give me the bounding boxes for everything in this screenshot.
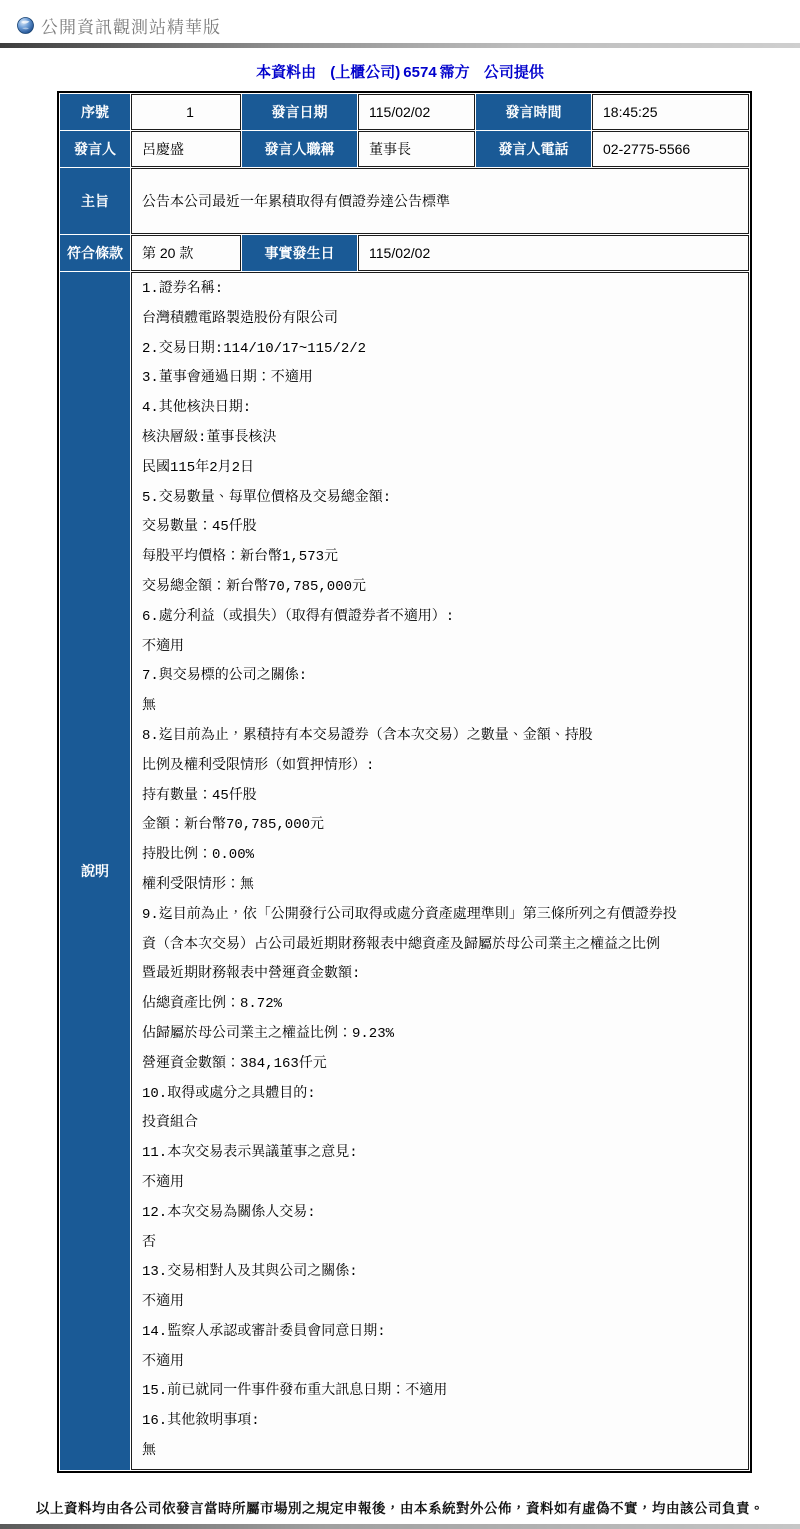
table-row: 主旨 公告本公司最近一年累積取得有價證券達公告標準	[60, 168, 749, 234]
globe-icon	[17, 17, 34, 34]
header-speaker-phone: 發言人電話	[476, 131, 591, 167]
header-announce-time: 發言時間	[476, 94, 591, 130]
header-clause: 符合條款	[60, 235, 130, 271]
description-line: 台灣積體電路製造股份有限公司	[142, 305, 746, 335]
value-clause: 第 20 款	[131, 235, 241, 271]
site-title: 公開資訊觀測站精華版	[41, 13, 221, 38]
header-fact-date: 事實發生日	[242, 235, 357, 271]
header-announce-date: 發言日期	[242, 94, 357, 130]
value-subject: 公告本公司最近一年累積取得有價證券達公告標準	[131, 168, 749, 234]
description-line: 不適用	[142, 633, 746, 663]
table-row: 符合條款 第 20 款 事實發生日 115/02/02	[60, 235, 749, 271]
header-sequence: 序號	[60, 94, 130, 130]
company-name: 霈方	[440, 64, 470, 81]
description-line: 10.取得或處分之具體目的:	[142, 1080, 746, 1110]
description-line: 13.交易相對人及其與公司之關係:	[142, 1258, 746, 1288]
description-line: 6.處分利益（或損失）（取得有價證券者不適用）:	[142, 603, 746, 633]
provider-suffix: 公司提供	[484, 64, 544, 81]
footer-disclaimer: 以上資料均由各公司依發言當時所屬市場別之規定申報後，由本系統對外公佈，資料如有虛…	[0, 1497, 800, 1517]
announcement-table: 序號 1 發言日期 115/02/02 發言時間 18:45:25 發言人 呂慶…	[57, 91, 752, 1473]
description-line: 7.與交易標的公司之關係:	[142, 662, 746, 692]
value-announce-date: 115/02/02	[358, 94, 475, 130]
provider-line: 本資料由 (上櫃公司)6574霈方 公司提供	[0, 48, 800, 79]
description-line: 佔歸屬於母公司業主之權益比例：9.23%	[142, 1020, 746, 1050]
description-line: 3.董事會通過日期：不適用	[142, 364, 746, 394]
site-header: 公開資訊觀測站精華版	[0, 0, 800, 43]
description-line: 否	[142, 1229, 746, 1259]
description-line: 4.其他核決日期:	[142, 394, 746, 424]
description-line: 核決層級:董事長核決	[142, 424, 746, 454]
description-content: 1.證券名稱:台灣積體電路製造股份有限公司2.交易日期:114/10/17~11…	[131, 272, 749, 1470]
description-line: 每股平均價格：新台幣1,573元	[142, 543, 746, 573]
description-line: 5.交易數量、每單位價格及交易總金額:	[142, 484, 746, 514]
market-type: (上櫃公司)	[330, 64, 400, 81]
description-line: 民國115年2月2日	[142, 454, 746, 484]
provider-prefix: 本資料由	[256, 64, 316, 81]
description-line: 無	[142, 1437, 746, 1467]
description-line: 金額：新台幣70,785,000元	[142, 811, 746, 841]
value-sequence: 1	[131, 94, 241, 130]
value-speaker-phone: 02-2775-5566	[592, 131, 749, 167]
company-code: 6574	[403, 64, 436, 81]
header-speaker: 發言人	[60, 131, 130, 167]
description-line: 比例及權利受限情形（如質押情形）:	[142, 752, 746, 782]
description-line: 權利受限情形：無	[142, 871, 746, 901]
description-line: 營運資金數額：384,163仟元	[142, 1050, 746, 1080]
description-line: 不適用	[142, 1348, 746, 1378]
table-row: 說明 1.證券名稱:台灣積體電路製造股份有限公司2.交易日期:114/10/17…	[60, 272, 749, 1470]
value-announce-time: 18:45:25	[592, 94, 749, 130]
value-fact-date: 115/02/02	[358, 235, 749, 271]
description-line: 2.交易日期:114/10/17~115/2/2	[142, 335, 746, 365]
description-line: 1.證券名稱:	[142, 275, 746, 305]
description-line: 11.本次交易表示異議董事之意見:	[142, 1139, 746, 1169]
description-line: 9.迄目前為止，依「公開發行公司取得或處分資產處理準則」第三條所列之有價證券投	[142, 901, 746, 931]
description-line: 不適用	[142, 1169, 746, 1199]
description-line: 持股比例：0.00%	[142, 841, 746, 871]
description-line: 佔總資產比例：8.72%	[142, 990, 746, 1020]
footer-divider	[0, 1524, 800, 1529]
description-line: 16.其他敘明事項:	[142, 1407, 746, 1437]
description-line: 資（含本次交易）占公司最近期財務報表中總資產及歸屬於母公司業主之權益之比例	[142, 931, 746, 961]
description-line: 投資組合	[142, 1109, 746, 1139]
table-row: 發言人 呂慶盛 發言人職稱 董事長 發言人電話 02-2775-5566	[60, 131, 749, 167]
description-line: 交易總金額：新台幣70,785,000元	[142, 573, 746, 603]
description-line: 持有數量：45仟股	[142, 782, 746, 812]
value-speaker: 呂慶盛	[131, 131, 241, 167]
header-subject: 主旨	[60, 168, 130, 234]
description-line: 交易數量：45仟股	[142, 513, 746, 543]
description-line: 14.監察人承認或審計委員會同意日期:	[142, 1318, 746, 1348]
header-description: 說明	[60, 272, 130, 1470]
description-line: 8.迄目前為止，累積持有本交易證券（含本次交易）之數量、金額、持股	[142, 722, 746, 752]
description-line: 15.前已就同一件事件發布重大訊息日期：不適用	[142, 1377, 746, 1407]
header-speaker-title: 發言人職稱	[242, 131, 357, 167]
description-line: 12.本次交易為關係人交易:	[142, 1199, 746, 1229]
description-line: 暨最近期財務報表中營運資金數額:	[142, 960, 746, 990]
description-line: 無	[142, 692, 746, 722]
description-line: 不適用	[142, 1288, 746, 1318]
table-row: 序號 1 發言日期 115/02/02 發言時間 18:45:25	[60, 94, 749, 130]
value-speaker-title: 董事長	[358, 131, 475, 167]
